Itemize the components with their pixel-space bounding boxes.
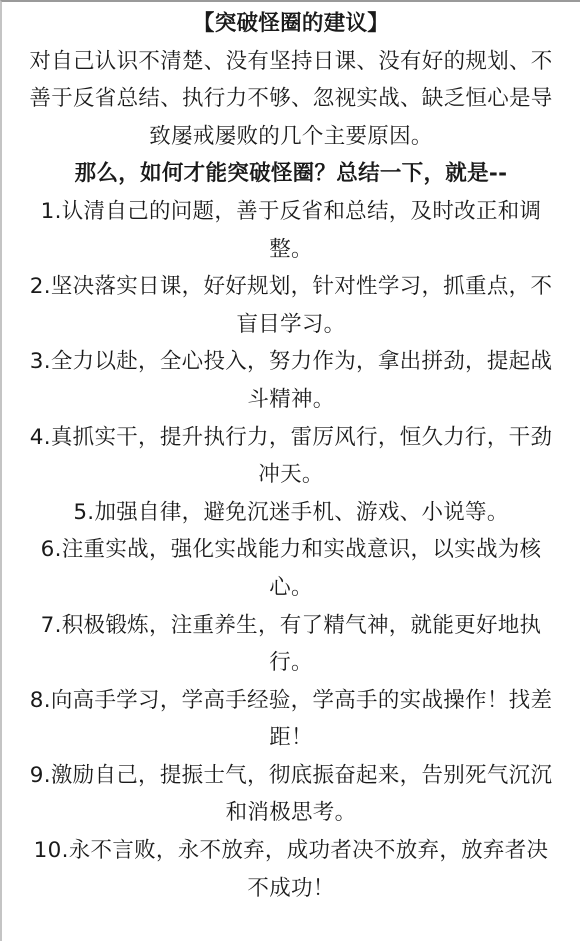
intro-line: 善于反省总结、执行力不够、忽视实战、缺乏恒心是导: [2, 80, 580, 118]
suggestion-line: 9.激励自己，提振士气，彻底振奋起来，告别死气沉沉: [2, 757, 580, 795]
suggestion-line: 4.真抓实干，提升执行力，雷厉风行，恒久力行，干劲: [2, 419, 580, 457]
suggestion-line: 1.认清自己的问题，善于反省和总结，及时改正和调: [2, 193, 580, 231]
intro-paragraph: 对自己认识不清楚、没有坚持日课、没有好的规划、不 善于反省总结、执行力不够、忽视…: [2, 43, 580, 156]
suggestion-item-8: 8.向高手学习，学高手经验，学高手的实战操作！找差 距！: [2, 682, 580, 757]
suggestion-line: 和消极思考。: [2, 794, 580, 832]
question-heading: 那么，如何才能突破怪圈？总结一下，就是--: [2, 155, 580, 193]
document-title: 【突破怪圈的建议】: [2, 5, 580, 43]
suggestion-line: 8.向高手学习，学高手经验，学高手的实战操作！找差: [2, 682, 580, 720]
suggestion-line: 斗精神。: [2, 381, 580, 419]
suggestion-item-2: 2.坚决落实日课，好好规划，针对性学习，抓重点，不 盲目学习。: [2, 268, 580, 343]
suggestion-item-3: 3.全力以赴，全心投入，努力作为，拿出拼劲，提起战 斗精神。: [2, 343, 580, 418]
suggestion-line: 2.坚决落实日课，好好规划，针对性学习，抓重点，不: [2, 268, 580, 306]
suggestion-line: 心。: [2, 569, 580, 607]
suggestion-line: 3.全力以赴，全心投入，努力作为，拿出拼劲，提起战: [2, 343, 580, 381]
suggestion-line: 行。: [2, 644, 580, 682]
suggestion-line: 盲目学习。: [2, 306, 580, 344]
suggestion-item-7: 7.积极锻炼，注重养生，有了精气神，就能更好地执 行。: [2, 607, 580, 682]
suggestion-line: 6.注重实战，强化实战能力和实战意识，以实战为核: [2, 531, 580, 569]
suggestion-line: 冲天。: [2, 456, 580, 494]
suggestion-item-4: 4.真抓实干，提升执行力，雷厉风行，恒久力行，干劲 冲天。: [2, 419, 580, 494]
suggestion-line: 10.永不言败，永不放弃，成功者决不放弃，放弃者决: [2, 832, 580, 870]
intro-line: 对自己认识不清楚、没有坚持日课、没有好的规划、不: [2, 43, 580, 81]
suggestion-line: 7.积极锻炼，注重养生，有了精气神，就能更好地执: [2, 607, 580, 645]
suggestion-item-1: 1.认清自己的问题，善于反省和总结，及时改正和调 整。: [2, 193, 580, 268]
suggestion-line: 距！: [2, 719, 580, 757]
document-body: 【突破怪圈的建议】 对自己认识不清楚、没有坚持日课、没有好的规划、不 善于反省总…: [2, 2, 580, 907]
intro-line: 致屡戒屡败的几个主要原因。: [2, 118, 580, 156]
suggestion-item-10: 10.永不言败，永不放弃，成功者决不放弃，放弃者决 不成功！: [2, 832, 580, 907]
suggestion-list: 1.认清自己的问题，善于反省和总结，及时改正和调 整。 2.坚决落实日课，好好规…: [2, 193, 580, 907]
suggestion-item-5: 5.加强自律，避免沉迷手机、游戏、小说等。: [2, 494, 580, 532]
suggestion-line: 不成功！: [2, 870, 580, 908]
suggestion-line: 5.加强自律，避免沉迷手机、游戏、小说等。: [2, 494, 580, 532]
suggestion-item-6: 6.注重实战，强化实战能力和实战意识，以实战为核 心。: [2, 531, 580, 606]
suggestion-item-9: 9.激励自己，提振士气，彻底振奋起来，告别死气沉沉 和消极思考。: [2, 757, 580, 832]
suggestion-line: 整。: [2, 231, 580, 269]
